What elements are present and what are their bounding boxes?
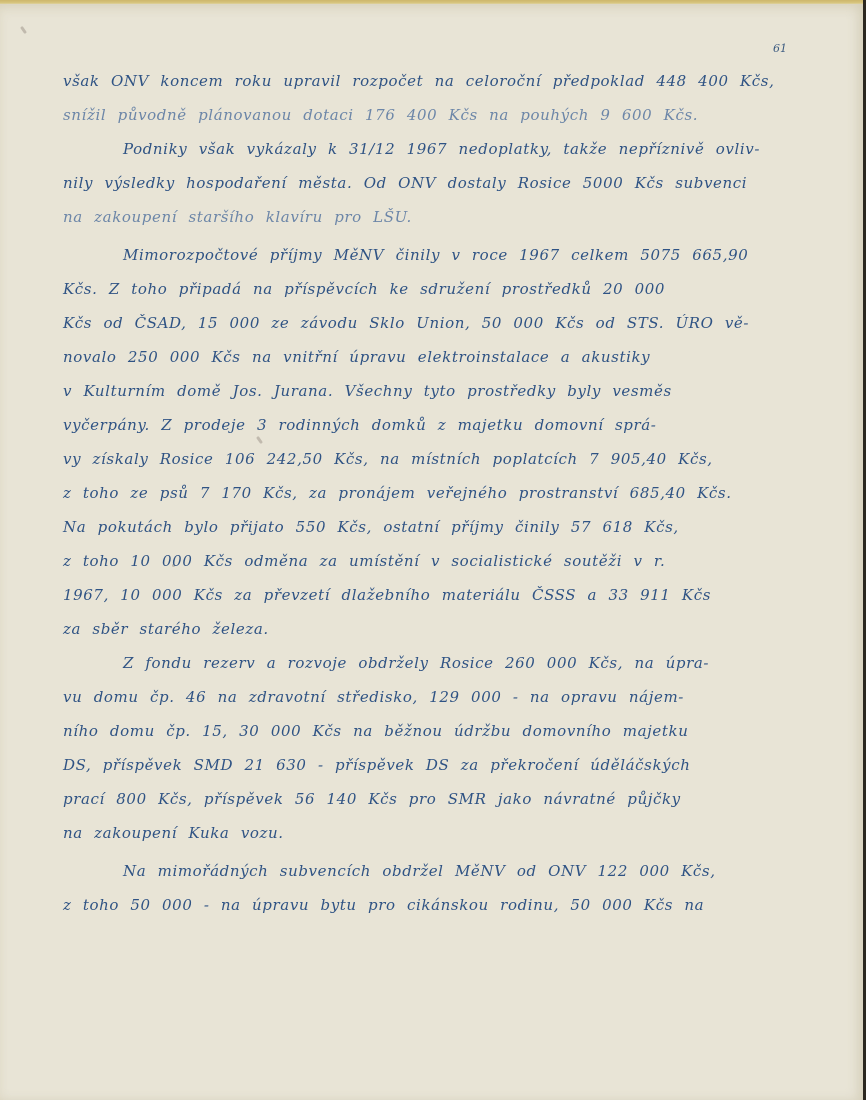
- text-line: prací 800 Kčs, příspěvek 56 140 Kčs pro …: [63, 782, 783, 816]
- text-line: novalo 250 000 Kčs na vnitřní úpravu ele…: [63, 340, 783, 374]
- text-line: za sběr starého železa.: [63, 612, 783, 646]
- text-line: na zakoupení staršího klavíru pro LŠU.: [63, 200, 783, 234]
- text-line: Kčs. Z toho připadá na příspěvcích ke sd…: [63, 272, 783, 306]
- text-line: DS, příspěvek SMD 21 630 - příspěvek DS …: [63, 748, 783, 782]
- text-line: ního domu čp. 15, 30 000 Kčs na běžnou ú…: [63, 714, 783, 748]
- handwritten-page: 61 však ONV koncem roku upravil rozpočet…: [0, 4, 865, 1100]
- paper-speck: [20, 26, 27, 34]
- text-line: 1967, 10 000 Kčs za převzetí dlažebního …: [63, 578, 783, 612]
- text-line: vu domu čp. 46 na zdravotní středisko, 1…: [63, 680, 783, 714]
- text-line: však ONV koncem roku upravil rozpočet na…: [63, 64, 783, 98]
- text-line: z toho 50 000 - na úpravu bytu pro cikán…: [63, 888, 783, 922]
- text-line: Z fondu rezerv a rozvoje obdržely Rosice…: [63, 646, 783, 680]
- text-line: Podniky však vykázaly k 31/12 1967 nedop…: [63, 132, 783, 166]
- text-line: vy získaly Rosice 106 242,50 Kčs, na mís…: [63, 442, 783, 476]
- text-line: z toho ze psů 7 170 Kčs, za pronájem veř…: [63, 476, 783, 510]
- text-line: Mimorozpočtové příjmy MěNV činily v roce…: [63, 238, 783, 272]
- text-line: Kčs od ČSAD, 15 000 ze závodu Sklo Union…: [63, 306, 783, 340]
- manuscript-text: však ONV koncem roku upravil rozpočet na…: [63, 64, 783, 922]
- text-line: Na mimořádných subvencích obdržel MěNV o…: [63, 854, 783, 888]
- text-line: v Kulturním domě Jos. Jurana. Všechny ty…: [63, 374, 783, 408]
- text-line: vyčerpány. Z prodeje 3 rodinných domků z…: [63, 408, 783, 442]
- text-line: z toho 10 000 Kčs odměna za umístění v s…: [63, 544, 783, 578]
- scan-frame: 61 však ONV koncem roku upravil rozpočet…: [0, 0, 866, 1100]
- text-line: nily výsledky hospodaření města. Od ONV …: [63, 166, 783, 200]
- text-line: na zakoupení Kuka vozu.: [63, 816, 783, 850]
- text-line: snížil původně plánovanou dotaci 176 400…: [63, 98, 783, 132]
- page-number: 61: [773, 42, 787, 55]
- text-line: Na pokutách bylo přijato 550 Kčs, ostatn…: [63, 510, 783, 544]
